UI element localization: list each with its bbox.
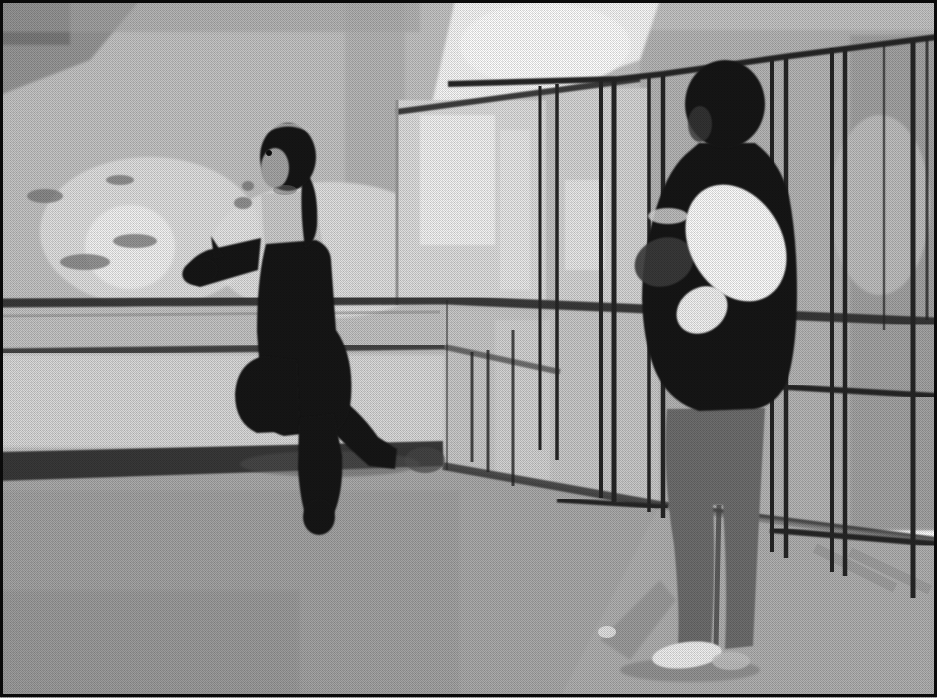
halftone-photo: [0, 0, 937, 698]
studio-photo-svg: [0, 0, 937, 698]
dither-overlay-coarse: [0, 0, 937, 698]
